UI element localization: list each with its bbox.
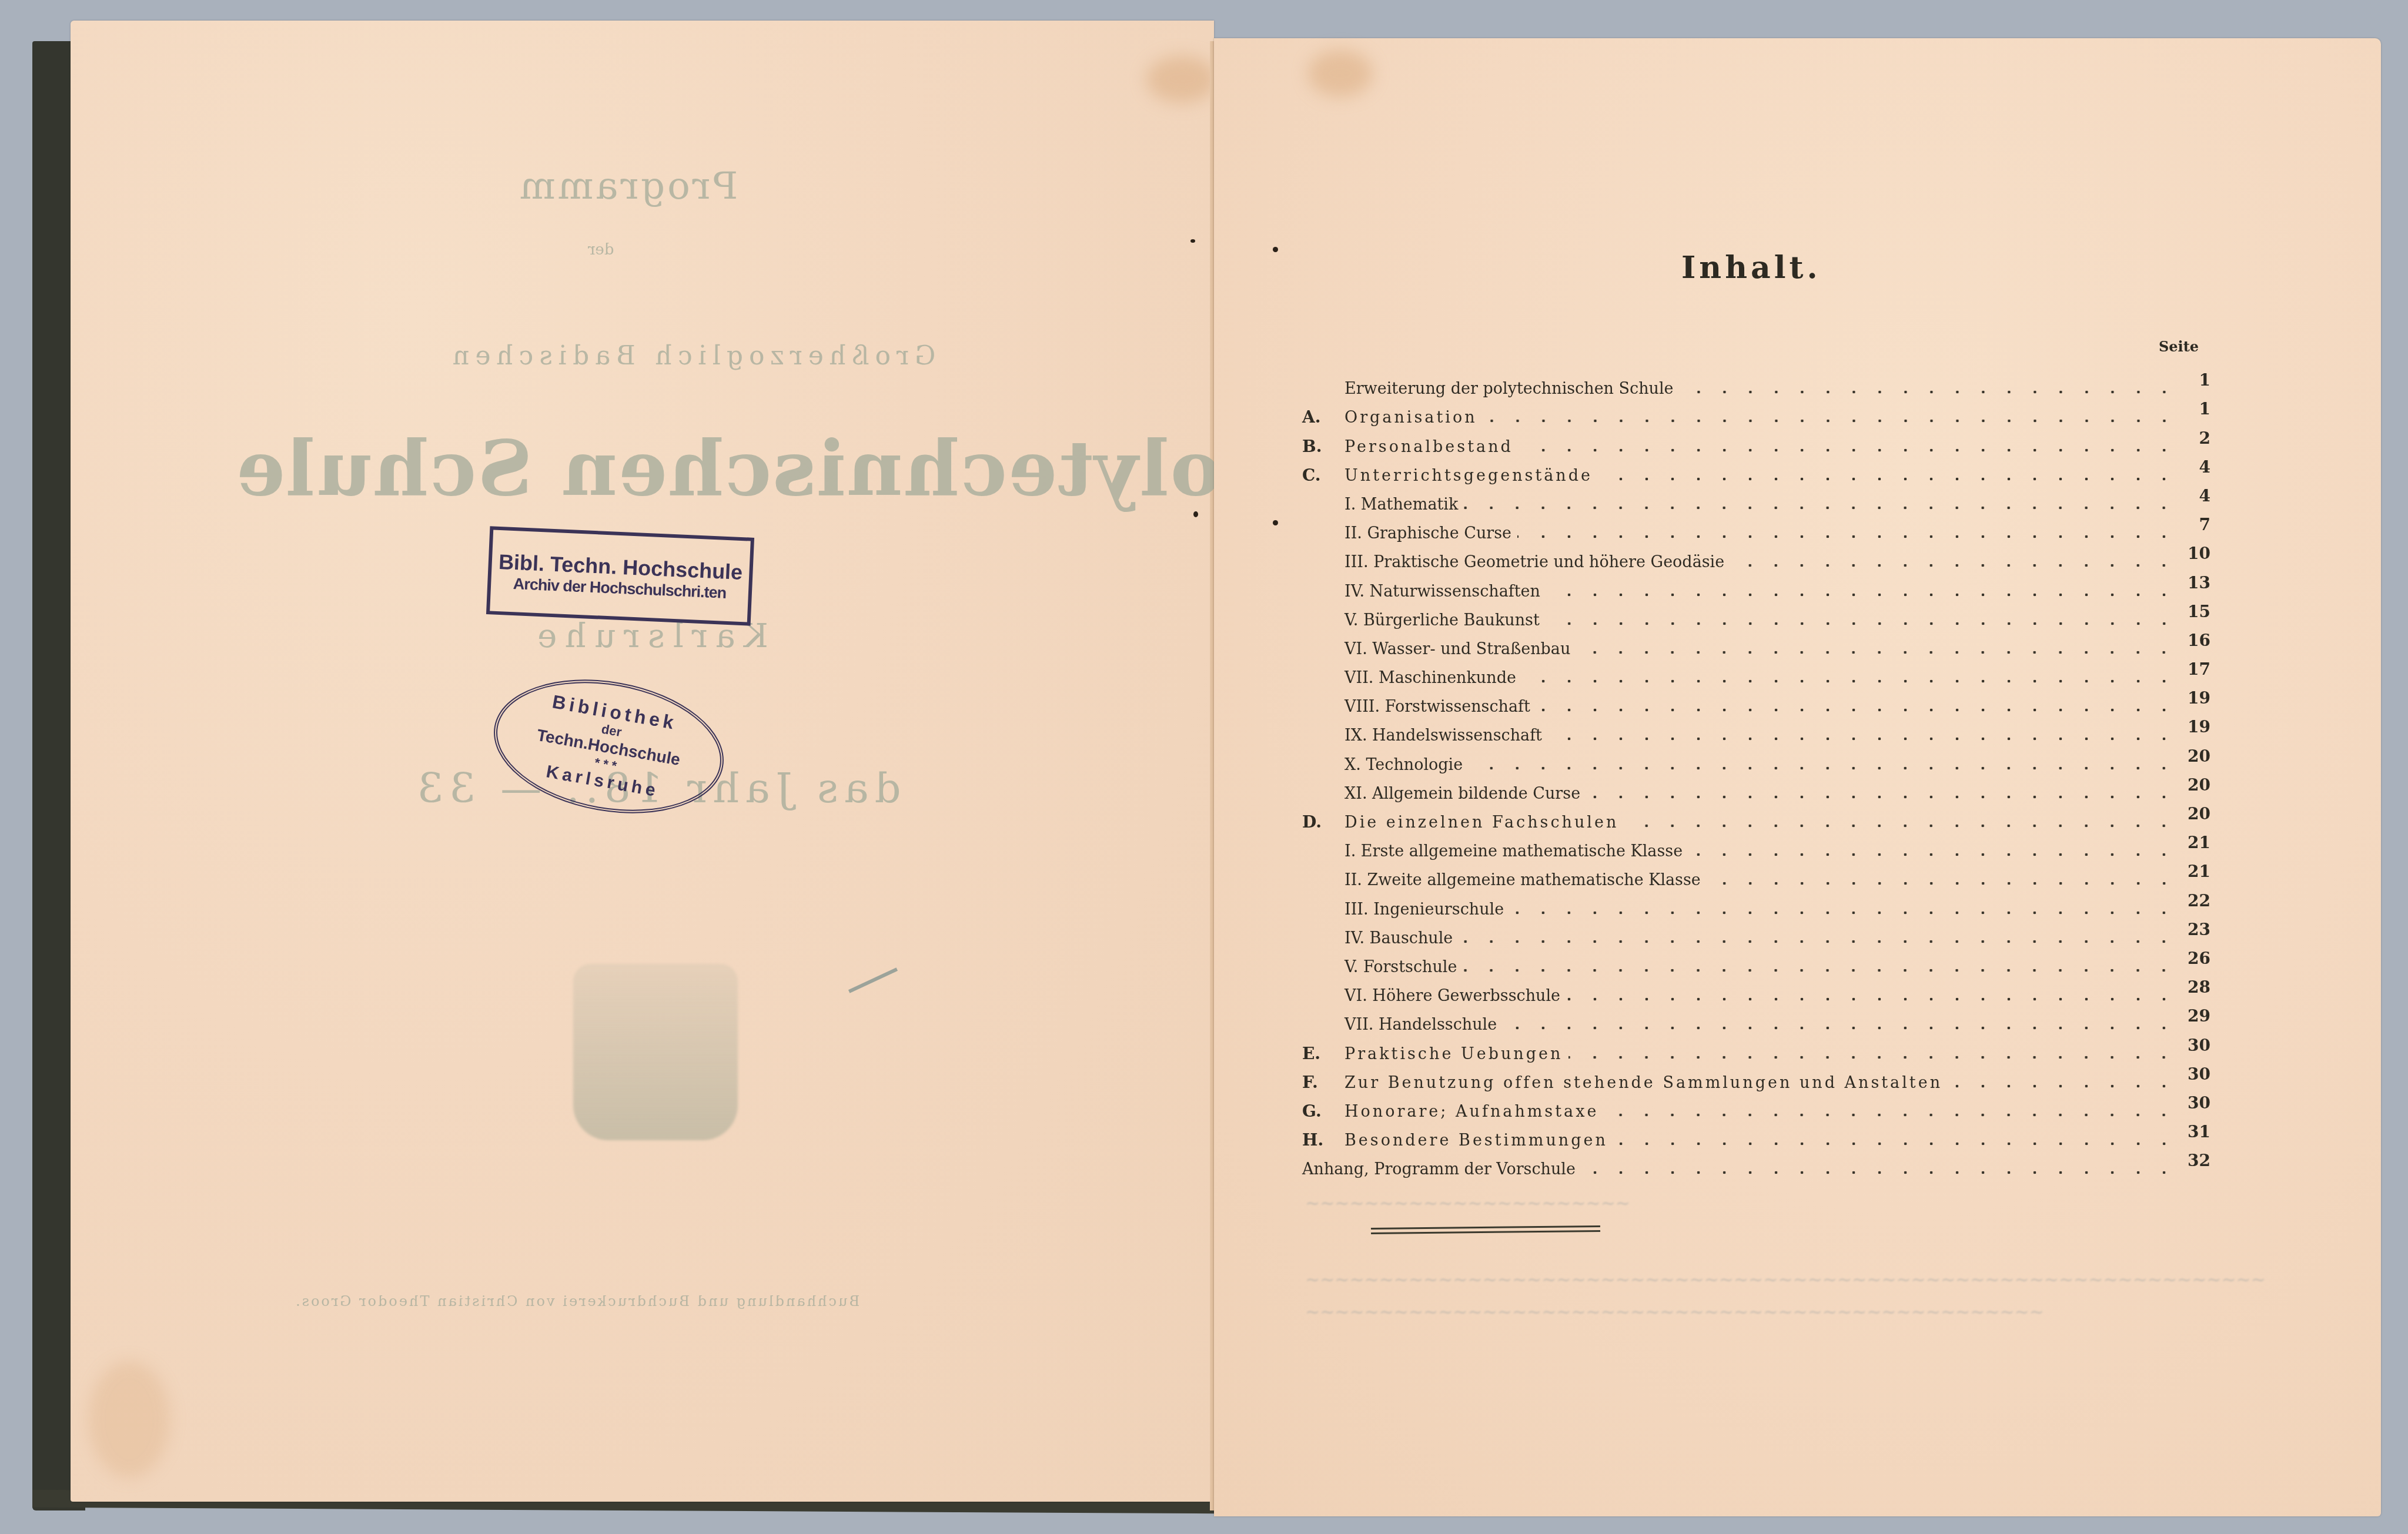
toc-row: VI. Wasser- und Straßenbau16 (1302, 629, 2210, 658)
toc-row: V. Bürgerliche Baukunst15 (1302, 601, 2210, 629)
toc-page-number: 26 (2184, 949, 2210, 968)
leader-dots (1598, 477, 2177, 481)
bleed-through-text: ~~~~~~~~~~~~~~~~~~~~~~~~~~~~~~~~~~~~~~~~… (1305, 1302, 2044, 1322)
toc-page-number: 31 (2184, 1122, 2210, 1141)
leader-dots (1614, 1142, 2177, 1146)
page-column-header: Seite (2159, 338, 2199, 355)
toc-text: Erweiterung der polytechnischen Schule (1345, 380, 1674, 398)
leader-dots (1522, 679, 2177, 683)
leader-dots (1548, 737, 2177, 741)
toc-text: III. Ingenieurschule (1345, 900, 1504, 919)
toc-page-number: 30 (2184, 1036, 2210, 1055)
leader-dots (1536, 708, 2177, 712)
leader-dots (1624, 824, 2177, 828)
toc-text: III. Praktische Geometrie und höhere Geo… (1345, 553, 1724, 571)
toc-text: IV. Bauschule (1345, 929, 1453, 947)
toc-text: VI. Wasser- und Straßenbau (1345, 640, 1570, 658)
leader-dots (1510, 911, 2177, 915)
toc-text: I. Mathematik (1345, 495, 1458, 514)
bleed-through-grossherzoglich: Großherzoglich Badischen (447, 341, 935, 371)
toc-text: VII. Handelsschule (1345, 1016, 1497, 1034)
toc-text: Unterrichtsgegenstände (1345, 467, 1593, 485)
toc-letter: C. (1302, 465, 1345, 485)
toc-page-number: 20 (2184, 804, 2210, 823)
foxing-stain (1308, 50, 1373, 97)
toc-text: II. Graphische Curse (1345, 524, 1511, 542)
toc-row: C.Unterrichtsgegenstände4 (1302, 456, 2210, 485)
bleed-through-emblem-icon (573, 964, 738, 1140)
toc-page-number: 16 (2184, 631, 2210, 650)
leader-dots (1469, 766, 2177, 770)
toc-text: VIII. Forstwissenschaft (1345, 698, 1530, 716)
toc-page-number: 10 (2184, 544, 2210, 563)
toc-page-number: 22 (2184, 891, 2210, 910)
toc-page-number: 29 (2184, 1006, 2210, 1026)
toc-text: Personalbestand (1345, 438, 1513, 456)
toc-page-number: 4 (2184, 457, 2210, 477)
binding-hole (1190, 239, 1195, 243)
toc-letter: A. (1302, 407, 1345, 427)
toc-row: H.Besondere Bestimmungen31 (1302, 1121, 2210, 1150)
toc-page-number: 20 (2184, 746, 2210, 766)
library-stamp-rectangular: Bibl. Techn. Hochschule Archiv der Hochs… (486, 526, 754, 625)
toc-letter: F. (1302, 1073, 1345, 1092)
toc-page-number: 19 (2184, 717, 2210, 736)
toc-text: V. Bürgerliche Baukunst (1345, 611, 1540, 629)
leader-dots (1519, 448, 2177, 452)
toc-letter: B. (1302, 437, 1345, 456)
toc-text: Honorare; Aufnahmstaxe (1345, 1103, 1598, 1121)
leader-dots (1680, 390, 2177, 394)
bleed-through-der: der (588, 241, 614, 259)
toc-text: II. Zweite allgemeine mathematische Klas… (1345, 871, 1701, 889)
table-of-contents: Erweiterung der polytechnischen Schule1 … (1302, 369, 2210, 1178)
leader-dots (1948, 1084, 2177, 1088)
toc-page-number: 21 (2184, 862, 2210, 881)
toc-text: Die einzelnen Fachschulen (1345, 813, 1618, 832)
bleed-through-polytechnischen-schule: Polytechnischen Schule (235, 423, 1278, 513)
toc-text: XI. Allgemein bildende Curse (1345, 785, 1580, 803)
toc-page-number: 30 (2184, 1064, 2210, 1084)
toc-page-number: 32 (2184, 1151, 2210, 1170)
toc-text: V. Forstschule (1345, 958, 1457, 976)
toc-text: Zur Benutzung offen stehende Sammlungen … (1345, 1074, 1942, 1092)
toc-page-number: 1 (2184, 399, 2210, 418)
toc-letter: D. (1302, 812, 1345, 832)
toc-row: A.Organisation1 (1302, 398, 2210, 427)
toc-page-number: 4 (2184, 486, 2210, 505)
toc-row: XI. Allgemein bildende Curse20 (1302, 774, 2210, 803)
toc-page-number: 2 (2184, 428, 2210, 448)
toc-row: B.Personalbestand2 (1302, 427, 2210, 455)
leader-dots (1604, 1113, 2177, 1117)
toc-row: G.Honorare; Aufnahmstaxe30 (1302, 1092, 2210, 1121)
toc-row: I. Erste allgemeine mathematische Klasse… (1302, 832, 2210, 860)
toc-row: VII. Handelsschule29 (1302, 1005, 2210, 1034)
leader-dots (1517, 535, 2177, 538)
leader-dots (1581, 1171, 2177, 1174)
toc-row: IX. Handelswissenschaft19 (1302, 716, 2210, 745)
toc-page-number: 21 (2184, 833, 2210, 852)
leader-dots (1730, 564, 2177, 567)
toc-row: Anhang, Programm der Vorschule32 (1302, 1150, 2210, 1178)
toc-text: VI. Höhere Gewerbsschule (1345, 987, 1560, 1005)
binding-hole (1273, 247, 1278, 252)
toc-row: IV. Naturwissenschaften13 (1302, 571, 2210, 600)
toc-text: IV. Naturwissenschaften (1345, 582, 1540, 601)
toc-page-number: 1 (2184, 370, 2210, 390)
leader-dots (1546, 593, 2177, 597)
toc-page-number: 20 (2184, 775, 2210, 795)
toc-page-number: 13 (2184, 573, 2210, 592)
toc-text: Anhang, Programm der Vorschule (1302, 1160, 1576, 1178)
leader-dots (1546, 622, 2177, 625)
toc-row: I. Mathematik4 (1302, 485, 2210, 514)
toc-row: VIII. Forstwissenschaft19 (1302, 687, 2210, 716)
leader-dots (1503, 1026, 2177, 1030)
toc-row: IV. Bauschule23 (1302, 919, 2210, 947)
leader-dots (1576, 651, 2177, 654)
toc-page-number: 28 (2184, 977, 2210, 997)
toc-row: V. Forstschule26 (1302, 947, 2210, 976)
toc-letter: G. (1302, 1101, 1345, 1121)
toc-row: II. Graphische Curse7 (1302, 514, 2210, 542)
bleed-through-text: ~~~~~~~~~~~~~~~~~~~~~~~~~~~~~~~~~~~~~~~~… (1305, 1270, 2266, 1290)
toc-text: Praktische Uebungen (1345, 1045, 1563, 1063)
toc-text: VII. Maschinenkunde (1345, 669, 1516, 687)
bleed-through-title-programm: Programm (517, 165, 738, 208)
toc-page-number: 17 (2184, 659, 2210, 679)
leader-dots (1586, 795, 2177, 799)
toc-letter: H. (1302, 1130, 1345, 1150)
leader-dots (1463, 969, 2177, 972)
toc-page-number: 19 (2184, 688, 2210, 708)
toc-letter: E. (1302, 1044, 1345, 1063)
toc-row: III. Praktische Geometrie und höhere Geo… (1302, 542, 2210, 571)
leader-dots (1707, 882, 2177, 885)
toc-row: Erweiterung der polytechnischen Schule1 (1302, 369, 2210, 398)
toc-row: II. Zweite allgemeine mathematische Klas… (1302, 860, 2210, 889)
toc-page-number: 7 (2184, 515, 2210, 534)
toc-text: IX. Handelswissenschaft (1345, 726, 1542, 745)
toc-row: III. Ingenieurschule22 (1302, 889, 2210, 918)
bleed-through-imprint: Buchhandlung und Buchdruckerei von Chris… (294, 1293, 859, 1309)
toc-text: Besondere Bestimmungen (1345, 1131, 1608, 1150)
toc-page-number: 30 (2184, 1093, 2210, 1113)
leader-dots (1459, 940, 2177, 943)
leader-dots (1483, 419, 2177, 423)
toc-row: X. Technologie20 (1302, 745, 2210, 773)
bleed-through-text: ~~~~~~~~~~~~~~~~~~~~~~ (1305, 1193, 1630, 1214)
page-title: Inhalt. (1681, 250, 1821, 286)
toc-text: Organisation (1345, 408, 1477, 427)
leader-dots (1566, 997, 2177, 1001)
toc-row: F.Zur Benutzung offen stehende Sammlunge… (1302, 1063, 2210, 1092)
foxing-stain (1146, 56, 1217, 103)
toc-page-number: 15 (2184, 602, 2210, 621)
toc-text: I. Erste allgemeine mathematische Klasse (1345, 842, 1683, 860)
toc-row: D.Die einzelnen Fachschulen20 (1302, 803, 2210, 832)
leader-dots (1464, 506, 2177, 510)
toc-text: X. Technologie (1345, 756, 1463, 774)
toc-page-number: 23 (2184, 920, 2210, 939)
toc-row: VII. Maschinenkunde17 (1302, 658, 2210, 687)
toc-row: VI. Höhere Gewerbsschule28 (1302, 976, 2210, 1005)
foxing-stain (88, 1361, 170, 1478)
leader-dots (1568, 1056, 2177, 1059)
binding-hole (1273, 520, 1278, 525)
toc-row: E.Praktische Uebungen30 (1302, 1034, 2210, 1063)
leader-dots (1688, 853, 2177, 856)
